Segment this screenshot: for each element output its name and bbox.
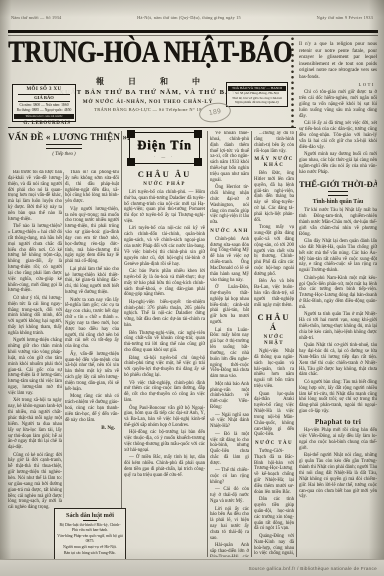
box-corner-ornament xyxy=(127,158,135,166)
edition-meta-row: Năm thứ mười — Số 1934 Hà-Nội, năm thứ t… xyxy=(11,15,373,20)
paragraph: — Ở miền Bắc, mấy tỉnh bị lụt, dân đói k… xyxy=(124,455,205,478)
china-news: Tưởng-Giới-Thạch đã ra Bắc-Bình hội-bàn … xyxy=(254,449,294,557)
heading-other-countries: MẤY NƯỚC KHÁC xyxy=(254,157,294,169)
paragraph: Hải-quân Anh sắp thao-diễn lớn ở Địa-Tru… xyxy=(210,543,249,557)
world-commentary-body: Từ khi nước Tàu bị Nhật lấy mất ba tỉnh … xyxy=(299,208,377,415)
box-corner-ornament xyxy=(127,130,135,138)
french-epigraph: Il n'y a que la religion pour nous reten… xyxy=(299,42,377,81)
paragraph: Ba tháng: 0$85 — Ngoại-quốc: 4$50 xyxy=(14,108,74,113)
paragraph: Bên Thượng-nghị-viện, các nghị-viên cũng… xyxy=(124,331,205,354)
paragraph: Mong rằng các nhà có trách-nhiệm về đườn… xyxy=(65,394,119,423)
article-column-2: Than ôi! cái phong-khí ấy nếu không sớm … xyxy=(65,170,119,506)
paragraph: Về việc thất-nghiệp, chính-phủ định mở t… xyxy=(124,381,205,404)
paragraph: Trong mấy vụ xung-đột giữa đảng quốc-xã … xyxy=(254,225,294,278)
book-advert-lines: Bộ Dân-luật thi-hành ở Bắc-kỳ, Chính-Phủ… xyxy=(57,523,123,557)
paragraph: Bộ Dân-luật thi-hành ở Bắc-kỳ, Chính-Phủ… xyxy=(57,523,123,533)
column-rule xyxy=(63,172,64,498)
scan-footer-bar: Source gallica.bnf.fr / Bibliothèque nat… xyxy=(0,559,384,576)
paragraph: Người lương-thiện chẳng những giữ cho th… xyxy=(8,338,62,396)
paragraph: — Thế thì chiến-cuộc có lan rộng không? xyxy=(210,468,249,486)
paragraph: Dân các tỉnh quyên tiền giúp quân-đội, h… xyxy=(254,497,294,532)
column-rule xyxy=(296,131,297,557)
telegram-section-box: Điện Tín · — · xyxy=(129,132,200,164)
paragraph: Vậy người lương-thiện, ta nên quý-trọng;… xyxy=(65,207,119,265)
address-box: TOÀ BÁO VÀ TRỊ-SỰ — HANOI Số 58 phố Hàng… xyxy=(226,82,288,107)
edition-meta-right: Ngày thứ năm 9 Février 1933 xyxy=(317,15,373,20)
england-news: Chính-phủ Anh đương sửa-soạn đón ông Tổn… xyxy=(210,237,249,557)
paragraph: Các báo Paris phần nhiều khen lời tuyên-… xyxy=(124,269,205,298)
price-box-subtitle: GIÁ BÁO xyxy=(18,94,70,102)
paragraph: Ấy, vấn-đề lương-thiện quan-hệ đến vận-m… xyxy=(65,352,119,393)
heading-china: NƯỚC TÀU xyxy=(254,441,294,447)
lead-article-subtitle: ( Tiếp theo ) xyxy=(8,152,120,157)
heading-england: NƯỚC ANH xyxy=(210,229,249,235)
paragraph: Hạ-nghị-viện biểu-quyết tín-nhiệm chính-… xyxy=(124,300,205,329)
article-column-2-text: Than ôi! cái phong-khí ấy nếu không sớm … xyxy=(65,170,119,423)
paragraph: Cái lẽ ấy ai đã từng xét việc đời, xét s… xyxy=(299,121,377,150)
column-rule xyxy=(121,131,122,557)
paragraph: Quân Nhật thì cơ-giới tinh-nhuệ, tàu bay… xyxy=(299,343,377,378)
column-rule xyxy=(251,131,252,557)
lead-article-header: VẤN ĐỀ « LƯƠNG THIỆN ». ( Tiếp theo ) xyxy=(8,132,120,157)
paragraph: Hạ-viện Pháp mới rồi cũng bàn đến việc V… xyxy=(299,428,377,451)
director-name: G. LEBOURDAIS xyxy=(14,121,80,128)
paragraph: Lại phải làm thế nào cho kẻ lương-thiện … xyxy=(65,267,119,296)
paragraph: Chỉ có tôn-giáo mới giữ được ta ở trên c… xyxy=(299,90,377,119)
paragraph: Hội-đồng các bộ-trưởng lại bàn đến việc … xyxy=(124,430,205,453)
price-box-title: MỖI SỐ 3 XU xyxy=(14,87,74,94)
paragraph: Có người bàn rằng: Tàu mà biết đồng lòng… xyxy=(299,380,377,415)
box-corner-ornament xyxy=(194,130,202,138)
paragraph: Chính-phủ Anh đương sửa-soạn đón ông Tổn… xyxy=(210,237,249,284)
paragraph: Quảng-Đông với Nam-Kinh nay đã hoà-hợp, … xyxy=(254,534,294,557)
heading-asia: CHÂU Á xyxy=(254,312,294,333)
paragraph: Tưởng-Giới-Thạch đã ra Bắc-Bình hội-bàn … xyxy=(254,449,294,496)
article-column-1-text: Bài trước tôi đã lược bàn đại-khái về vấ… xyxy=(8,170,62,511)
paragraph: Lời tuyên-bố của nội-các nói kỹ về cách … xyxy=(124,226,205,267)
paragraph: Quan lục-quân đại-thần Araki tuyên-bố rằ… xyxy=(254,392,294,439)
paragraph: Văn-bằng Pháp-văn quốc-ngữ, mỗi bộ giá 0… xyxy=(57,534,123,544)
paragraph: — Cái đó còn tuỳ ở thái-độ nước Nga và n… xyxy=(210,487,249,505)
price-box-lines: Cả năm: 3$00 — Nửa năm: 1$60Ba tháng: 0$… xyxy=(14,103,74,113)
book-advert-box: Sách dân luật mới Bộ Dân-luật thi-hành ở… xyxy=(54,508,126,562)
paragraph: ...chứng ấy đủ tỏ rằng tình-hình chính-t… xyxy=(254,131,294,154)
paragraph: Đại-thể người Nhật nói rằng, những gì qu… xyxy=(299,453,377,500)
scan-source-credit: Source gallica.bnf.fr / Bibliothèque nat… xyxy=(249,566,377,571)
paragraph: Bên Áo và bên Ba-Lan, việc buôn-bán vẫn … xyxy=(254,279,294,308)
article-column-1: Bài trước tôi đã lược bàn đại-khái về vấ… xyxy=(8,170,62,556)
paragraph: Than ôi! cái phong-khí ấy nếu không sớm … xyxy=(65,170,119,205)
paragraph: Lời tuyên-bố của chính-phủ. — Hôm thứ ba… xyxy=(124,190,205,225)
japan-news: Nghị-viện Nhật đã thông qua ngân-sách lụ… xyxy=(254,349,294,438)
edition-meta-center: Hà-Nội, năm thứ tám (Quý-Dậu), tháng giê… xyxy=(137,15,241,20)
paragraph: Người mình nay đương buổi cũ mới giao nh… xyxy=(299,152,377,175)
france-news: Lời tuyên-bố của chính-phủ. — Hôm thứ ba… xyxy=(124,190,205,479)
paragraph: Cũng có kẻ nói rằng: đời bây giờ là đời … xyxy=(8,453,62,511)
address-box-lines: Số 58 phố Hàng-Bông, Hà-NộiThư từ, bài v… xyxy=(228,91,286,105)
newspaper-title: TRUNG-HÒA NHẬT-BÁO xyxy=(8,37,288,68)
telegram-column-3: ...chứng ấy đủ tỏ rằng tình-hình chính-t… xyxy=(254,131,294,557)
director-block: Le Directeur G. LEBOURDAIS xyxy=(14,115,80,127)
paragraph: Số 58 phố Hàng-Bông, Hà-Nội xyxy=(228,91,286,96)
telegram-section-title: Điện Tín xyxy=(132,138,197,153)
france-news-continued: Về khoản thuế-khoá, chính-phủ định đánh … xyxy=(210,131,249,226)
paragraph: — Ngài nghĩ sao về việc Nhật đánh Nhiệt-… xyxy=(210,413,249,431)
other-countries-news: Bên Đức, ông Hitler mới lên cầm quyền, đ… xyxy=(254,171,294,309)
others-intro: ...chứng ấy đủ tỏ rằng tình-hình chính-t… xyxy=(254,131,294,154)
lead-article-title: VẤN ĐỀ « LƯƠNG THIỆN ». xyxy=(8,132,120,142)
paragraph: Xét trong xã-hội ta ngày nay, kẻ khôn-ng… xyxy=(8,398,62,451)
paragraph: Bán tại các hàng sách Trung-Bắc. xyxy=(57,551,123,556)
paragraph: Lại tin Luân-Đôn: mấy hôm nay giá bạc ở … xyxy=(210,328,249,381)
book-advert-rule xyxy=(83,520,97,521)
epigraph-author: LOTI xyxy=(299,82,375,87)
telegram-column: Điện Tín · — · CHÂU ÂU NƯỚC PHÁP Lời tuy… xyxy=(124,130,205,557)
telegram-section-ornament: · — · xyxy=(132,155,197,160)
paragraph: Về khoản thuế-khoá, chính-phủ định đánh … xyxy=(210,131,249,184)
heading-france: NƯỚC PHÁP xyxy=(124,182,205,188)
paragraph: Thế nào là lương-thiện? « Lương-thiện » … xyxy=(8,224,62,294)
world-commentary-subtitle: Tình-hình quân Tàu xyxy=(299,199,377,206)
section-rule xyxy=(328,191,348,196)
second-commentary-body: Hạ-viện Pháp mới rồi cũng bàn đến việc V… xyxy=(299,428,377,500)
paragraph: Bên Đức, ông Hitler mới lên cầm quyền, đ… xyxy=(254,171,294,224)
paragraph: Chính-phủ Nam-Kinh một mặt kêu-gọi Quốc-… xyxy=(299,276,377,311)
paragraph: Lời nói ấy các báo bên Âu đều cho là phả… xyxy=(210,507,249,542)
paragraph: Cứ như ý tôi, thì lương-thiện tức là cái… xyxy=(8,296,62,337)
paragraph: Từ khi nước Tàu bị Nhật lấy mất ba tỉnh … xyxy=(299,208,377,237)
paragraph: Ông Herriot từ-chối không nhận chức đại-… xyxy=(210,185,249,226)
title-rule xyxy=(46,144,82,149)
paragraph: Nghị-viện Nhật đã thông qua ngân-sách lụ… xyxy=(254,349,294,390)
epigraph-commentary: Chỉ có tôn-giáo mới giữ được ta ở trên c… xyxy=(299,90,377,175)
paragraph: Người ta tính quân Tàu ở mặt Nhiệt-Hà có… xyxy=(299,312,377,341)
heading-japan: NƯỚC NHẬT xyxy=(254,335,294,347)
paragraph: Bài trước tôi đã lược bàn đại-khái về vấ… xyxy=(8,170,62,223)
paragraph: — Đó là một việc rất đáng lo cho hoà-bìn… xyxy=(210,432,249,467)
paragraph: Đảng xã-hội tuyên-bố chỉ ủng-hộ chính-ph… xyxy=(124,356,205,379)
heading-europe: CHÂU ÂU xyxy=(124,169,205,179)
commentary-column: Il n'y a que la religion pour nous reten… xyxy=(299,38,377,557)
telegram-column-2: Về khoản thuế-khoá, chính-phủ định đánh … xyxy=(210,131,249,557)
article-signature: B. Ng. xyxy=(65,425,119,431)
paragraph: Gần đây Nhật lại đem quân đánh lấn vào đ… xyxy=(299,239,377,274)
second-commentary-heading: Phaphat to tri xyxy=(299,418,377,427)
paragraph: Ông Paul-Boncour vẫn giữ bộ Ngoại-giao, … xyxy=(124,406,205,429)
world-commentary-title: THẾ-GIỚI THỜI-ĐÀM xyxy=(299,179,377,189)
newspaper-page: Năm thứ mười — Số 1934 Hà-Nội, năm thứ t… xyxy=(0,0,384,576)
paragraph: Một nhà báo Anh phỏng-vấn một chính-khác… xyxy=(210,382,249,411)
box-corner-ornament xyxy=(194,158,202,166)
column-rule xyxy=(207,131,208,557)
paragraph: Ngân phiếu đề tên ông Quản-lý xyxy=(228,100,286,105)
paragraph: Ở Luân-Đôn, thợ-thuyền thất-nghiệp lại h… xyxy=(210,285,249,326)
book-advert-title: Sách dân luật mới xyxy=(57,512,123,519)
paragraph: Nước ta xưa nay vẫn lấy lễ-nghĩa làm gốc… xyxy=(65,298,119,351)
masthead-top-rule xyxy=(8,30,378,33)
paragraph: Người mua gửi mại-vụ về Hà-Nội. xyxy=(57,545,123,550)
edition-meta-left: Năm thứ mười — Số 1934 xyxy=(11,15,61,20)
